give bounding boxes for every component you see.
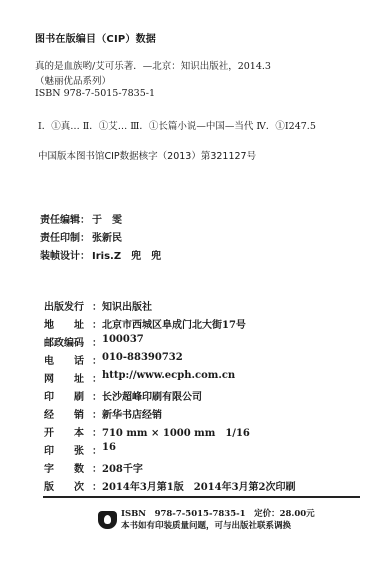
pub-value[interactable]: http://www.ecph.com.cn: [102, 370, 235, 385]
pub-label: 出版发行: [44, 298, 92, 313]
pub-row-printer: 印 刷：长沙超峰印刷有限公司: [44, 388, 202, 403]
pub-value: 100037: [102, 334, 144, 349]
cip-approval-number: 中国版本图书馆CIP数据核字（2013）第321127号: [38, 148, 256, 162]
pub-row-sheets: 印 张：16: [44, 442, 116, 457]
pub-label: 电 话: [44, 352, 92, 367]
pub-row-publisher: 出版发行：知识出版社: [44, 298, 152, 313]
credit-value: 于 雯: [92, 215, 122, 226]
divider-rule: [43, 496, 360, 498]
pub-row-word-count: 字 数：208千字: [44, 460, 143, 475]
pub-value: 16: [102, 442, 116, 457]
pub-row-format: 开 本：710 mm × 1000 mm 1/16: [44, 424, 250, 439]
cip-title: 图书在版编目（CIP）数据: [35, 30, 156, 45]
pub-value: 知识出版社: [102, 298, 152, 313]
footer-isbn-price: ISBN 978-7-5015-7835-1 定价：28.00元: [121, 508, 315, 520]
credit-editor: 责任编辑：于 雯: [40, 211, 122, 226]
cip-classification: Ⅰ．①真… Ⅱ．①艾… Ⅲ．①长篇小说—中国—当代 Ⅳ．①I247.5: [38, 118, 316, 132]
pub-row-address: 地 址：北京市西城区阜成门北大街17号: [44, 316, 246, 331]
footer: ISBN 978-7-5015-7835-1 定价：28.00元 本书如有印装质…: [98, 508, 315, 532]
pub-label: 地 址: [44, 316, 92, 331]
cip-series-line: （魅丽优品系列）: [35, 73, 111, 87]
pub-label: 开 本: [44, 424, 92, 439]
pub-row-edition: 版 次：2014年3月第1版 2014年3月第2次印刷: [44, 478, 296, 493]
credit-printing: 责任印制：张新民: [40, 229, 122, 244]
pub-value: 710 mm × 1000 mm 1/16: [102, 424, 250, 439]
credit-value: 张新民: [92, 233, 122, 244]
pub-value: 010-88390732: [102, 352, 183, 367]
pub-value: 长沙超峰印刷有限公司: [102, 388, 202, 403]
credit-label: 责任印制：: [40, 233, 90, 244]
pub-label: 字 数: [44, 460, 92, 475]
credit-label: 装帧设计：: [40, 251, 90, 262]
pub-row-phone: 电 话：010-88390732: [44, 352, 183, 367]
pub-label: 版 次: [44, 478, 92, 493]
pub-value: 北京市西城区阜成门北大街17号: [102, 316, 246, 331]
cip-isbn-line: ISBN 978-7-5015-7835-1: [35, 88, 155, 99]
credit-value: Iris.Z 兜 兜: [92, 251, 161, 262]
pub-row-postcode: 邮政编码：100037: [44, 334, 144, 349]
pub-value: 208千字: [102, 460, 143, 475]
pub-row-website: 网 址：http://www.ecph.com.cn: [44, 370, 235, 385]
pub-value: 新华书店经销: [102, 406, 162, 421]
pub-label: 印 张: [44, 442, 92, 457]
publisher-logo-icon: [98, 511, 117, 529]
footer-text: ISBN 978-7-5015-7835-1 定价：28.00元 本书如有印装质…: [121, 508, 315, 532]
pub-label: 经 销: [44, 406, 92, 421]
footer-notice: 本书如有印装质量问题，可与出版社联系调换: [121, 520, 315, 532]
pub-label: 印 刷: [44, 388, 92, 403]
cip-bibliographic-line: 真的是血族哟/艾可乐著．—北京：知识出版社，2014.3: [35, 58, 271, 72]
pub-row-distributor: 经 销：新华书店经销: [44, 406, 162, 421]
pub-label: 邮政编码: [44, 334, 92, 349]
pub-label: 网 址: [44, 370, 92, 385]
pub-value: 2014年3月第1版 2014年3月第2次印刷: [102, 478, 296, 493]
credit-design: 装帧设计：Iris.Z 兜 兜: [40, 247, 161, 262]
credit-label: 责任编辑：: [40, 215, 90, 226]
